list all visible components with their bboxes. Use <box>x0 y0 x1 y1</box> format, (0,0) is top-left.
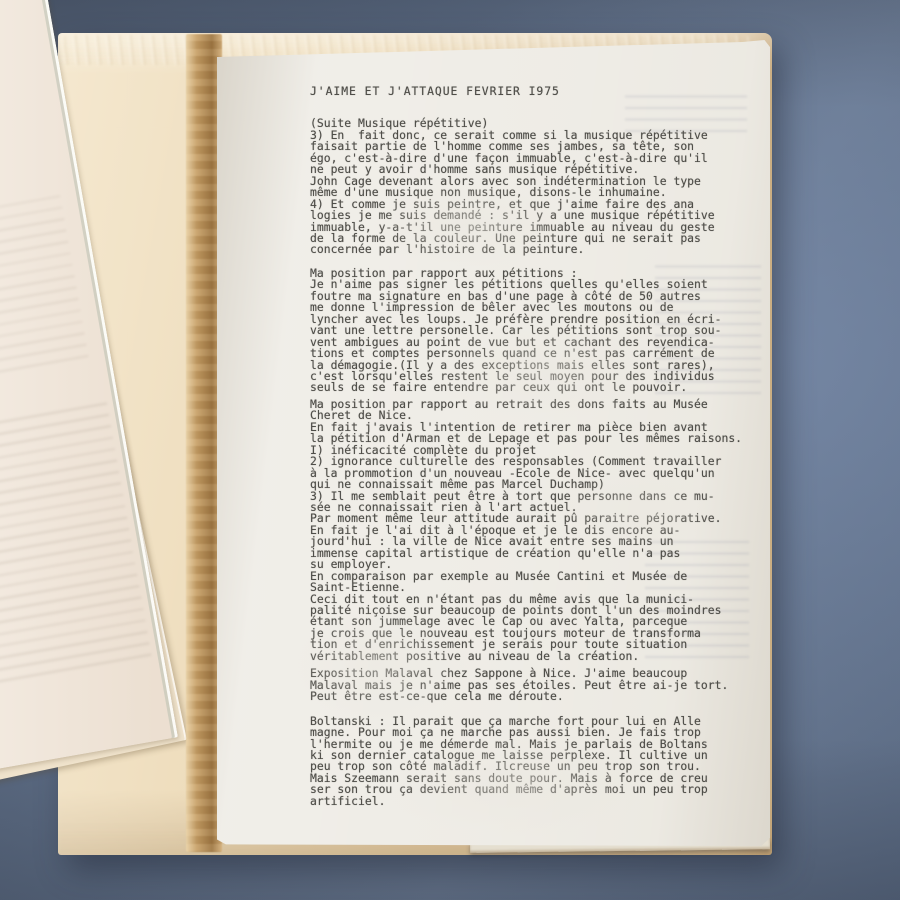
typed-paragraph: Boltanski : Il parait que ça marche fort… <box>310 716 762 808</box>
typed-paragraph: Ma position par rapport aux pétitions : … <box>310 268 762 394</box>
ghost-text-showthrough <box>0 189 89 382</box>
typed-page: J'AIME ET J'ATTAQUE FEVRIER I975 (Suite … <box>217 40 770 846</box>
typed-paragraph: (Suite Musique répétitive) 3) En fait do… <box>310 118 762 255</box>
spine-fold-edge <box>186 34 222 852</box>
typed-text: J'AIME ET J'ATTAQUE FEVRIER I975 (Suite … <box>310 86 762 807</box>
page-title: J'AIME ET J'ATTAQUE FEVRIER I975 <box>310 86 762 97</box>
photo-scene: J'AIME ET J'ATTAQUE FEVRIER I975 (Suite … <box>0 0 900 900</box>
typed-paragraph: Ma position par rapport au retrait des d… <box>310 399 762 662</box>
typed-paragraph: Exposition Malaval chez Sappone à Nice. … <box>310 668 762 702</box>
